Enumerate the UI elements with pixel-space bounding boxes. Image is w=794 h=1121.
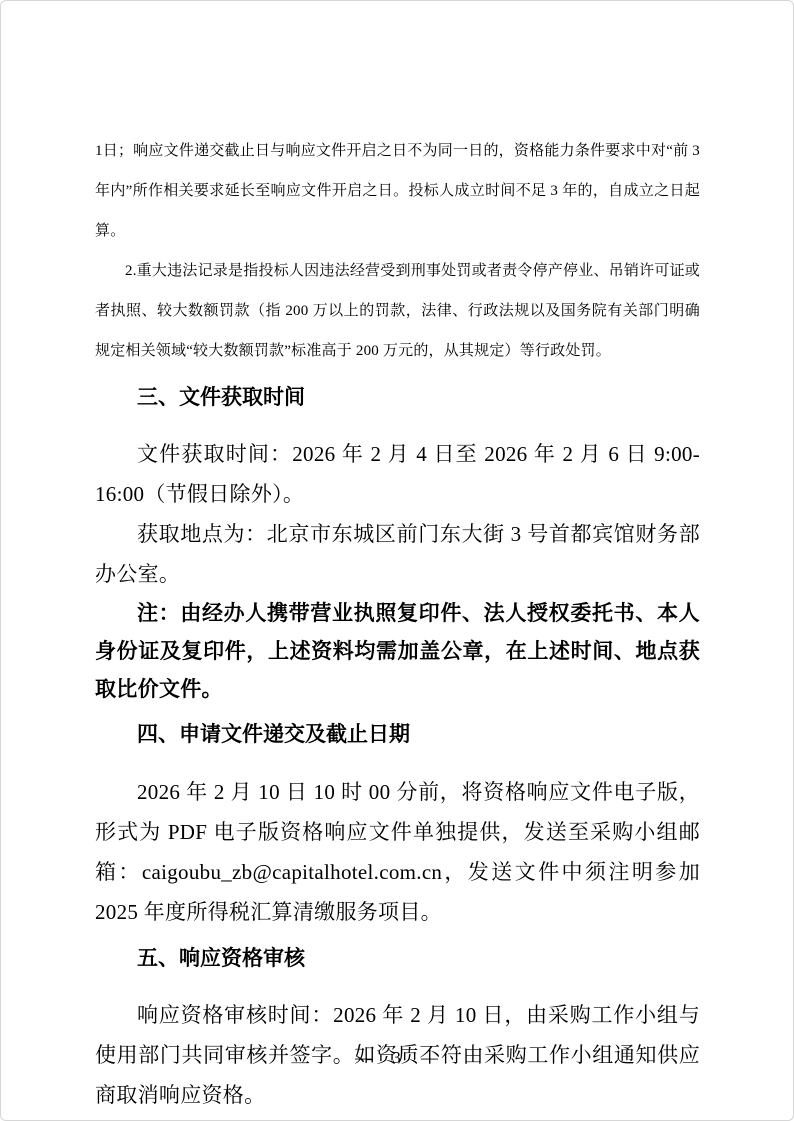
para-file-obtain-time: 文件获取时间：2026 年 2 月 4 日至 2026 年 2 月 6 日 9:…: [95, 434, 700, 514]
heading-section-5-qualification-review: 五、响应资格审核: [95, 938, 700, 978]
para-major-violation-definition: 2.重大违法记录是指投标人因违法经营受到刑事处罚或者责令停产停业、吊销许可证或者…: [95, 251, 700, 371]
heading-section-3-file-obtain-time: 三、文件获取时间: [95, 377, 700, 417]
document-page: 1日；响应文件递交截止日与响应文件开启之日不为同一日的，资格能力条件要求中对“前…: [0, 0, 794, 1121]
document-content: 1日；响应文件递交截止日与响应文件开启之日不为同一日的，资格能力条件要求中对“前…: [95, 131, 700, 1115]
para-file-obtain-location: 获取地点为：北京市东城区前门东大街 3 号首都宾馆财务部办公室。: [95, 514, 700, 594]
heading-section-4-submission-deadline: 四、申请文件递交及截止日期: [95, 714, 700, 754]
para-submission-instructions: 2026 年 2 月 10 日 10 时 00 分前，将资格响应文件电子版，形式…: [95, 772, 700, 932]
page-number: — 3 —: [1, 1048, 793, 1068]
para-note-required-materials: 注：由经办人携带营业执照复印件、法人授权委托书、本人身份证及复印件，上述资料均需…: [95, 594, 700, 708]
para-continuation-deadline-rule: 1日；响应文件递交截止日与响应文件开启之日不为同一日的，资格能力条件要求中对“前…: [95, 131, 700, 251]
